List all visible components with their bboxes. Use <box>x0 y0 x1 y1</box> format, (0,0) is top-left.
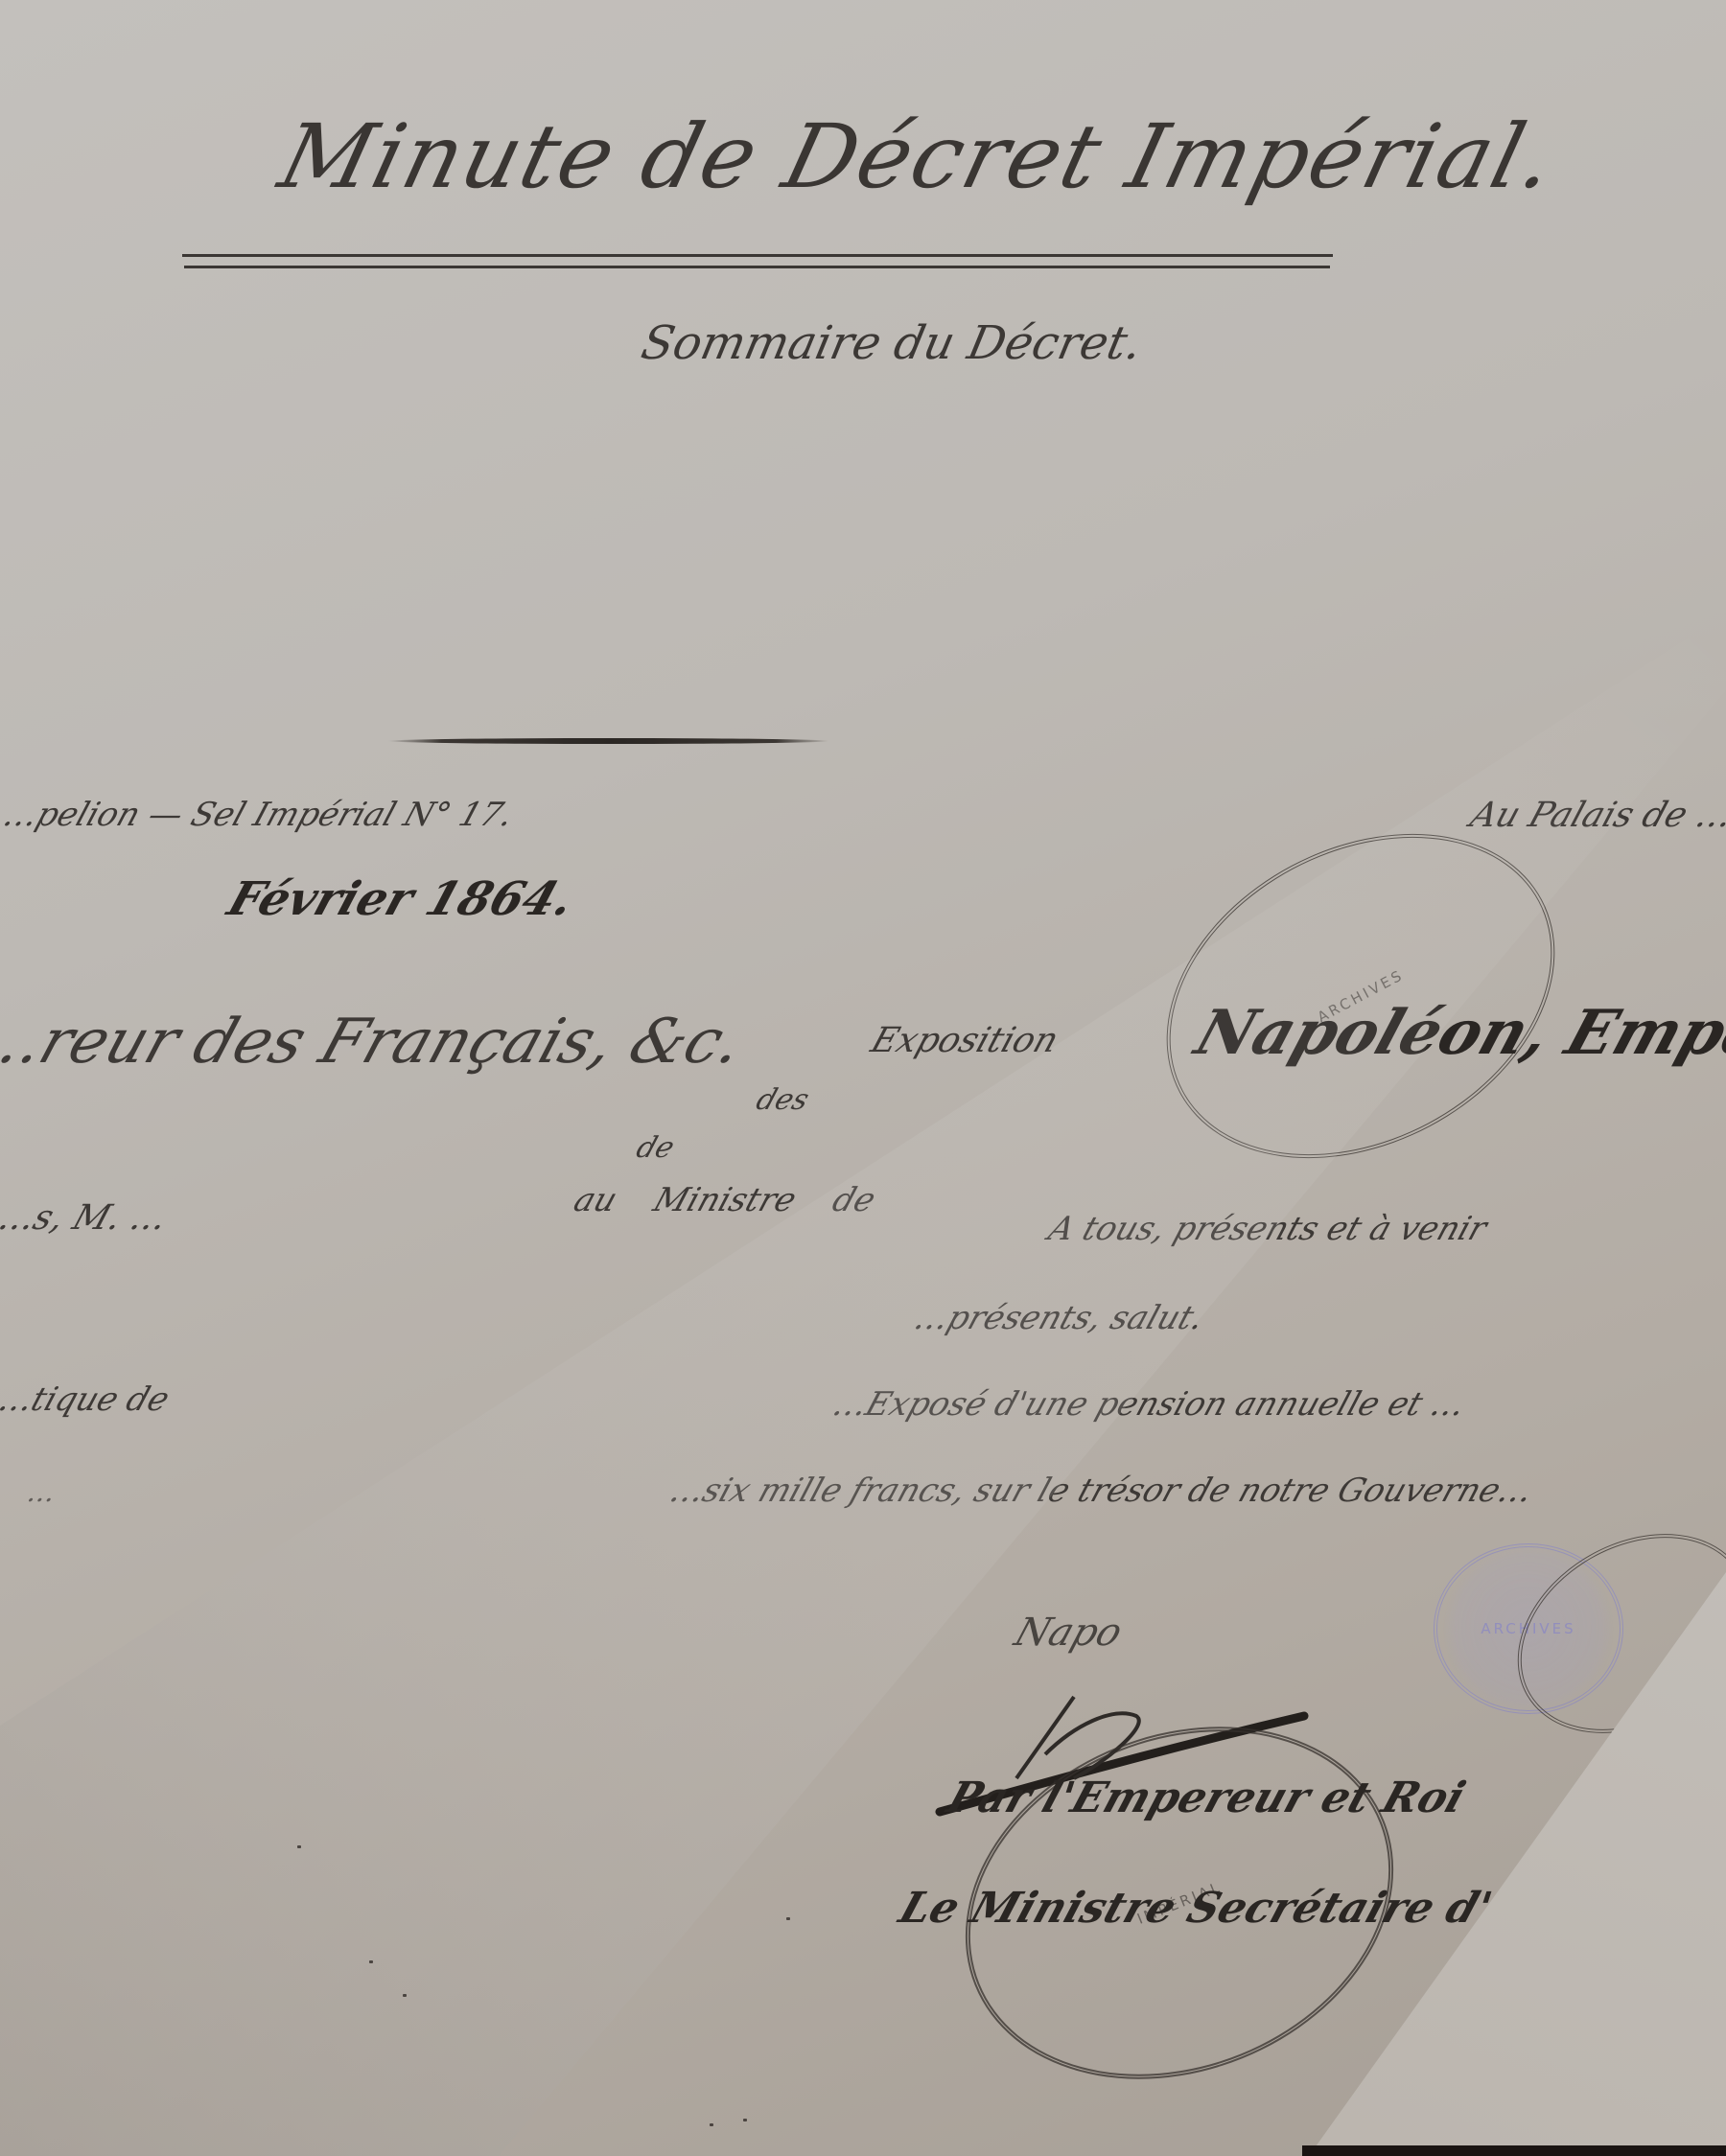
right-body-line-2: …six mille francs, sur le trésor de notr… <box>665 1472 1538 1510</box>
middle-au-ministre: au Ministre de <box>570 1181 881 1219</box>
right-napoleon-line: Napoléon, Empere… <box>1187 997 1726 1069</box>
middle-exposition: Exposition <box>866 1021 1062 1060</box>
document-subtitle: Sommaire du Décret. <box>637 316 1147 370</box>
left-date-line: Février 1864. <box>222 872 580 926</box>
right-formula-line-2: …présents, salut. <box>910 1299 1209 1337</box>
left-empereur-line: …reur des Français, &c. <box>0 1007 752 1078</box>
left-header-line: …pelion — Sel Impérial N° 17. <box>0 796 518 834</box>
separator-rule <box>388 738 829 744</box>
signature-text: Napo <box>1010 1611 1128 1655</box>
right-formula-line-1: A tous, présents et à venir <box>1044 1210 1492 1248</box>
left-minister-line: …s, M. … <box>0 1198 173 1238</box>
bottom-edge-strip <box>1302 2145 1726 2156</box>
right-palais-line: Au Palais de … <box>1465 796 1726 835</box>
title-rule-top <box>182 254 1333 257</box>
left-lower-fragment: …tique de <box>0 1380 175 1419</box>
title-rule-bottom <box>184 266 1330 268</box>
document-title: Minute de Décret Impérial. <box>270 105 1567 208</box>
countersign-line-1: Par l'Empereur et Roi <box>942 1773 1471 1822</box>
right-body-line-1: …Exposé d'une pension annuelle et … <box>828 1385 1471 1424</box>
